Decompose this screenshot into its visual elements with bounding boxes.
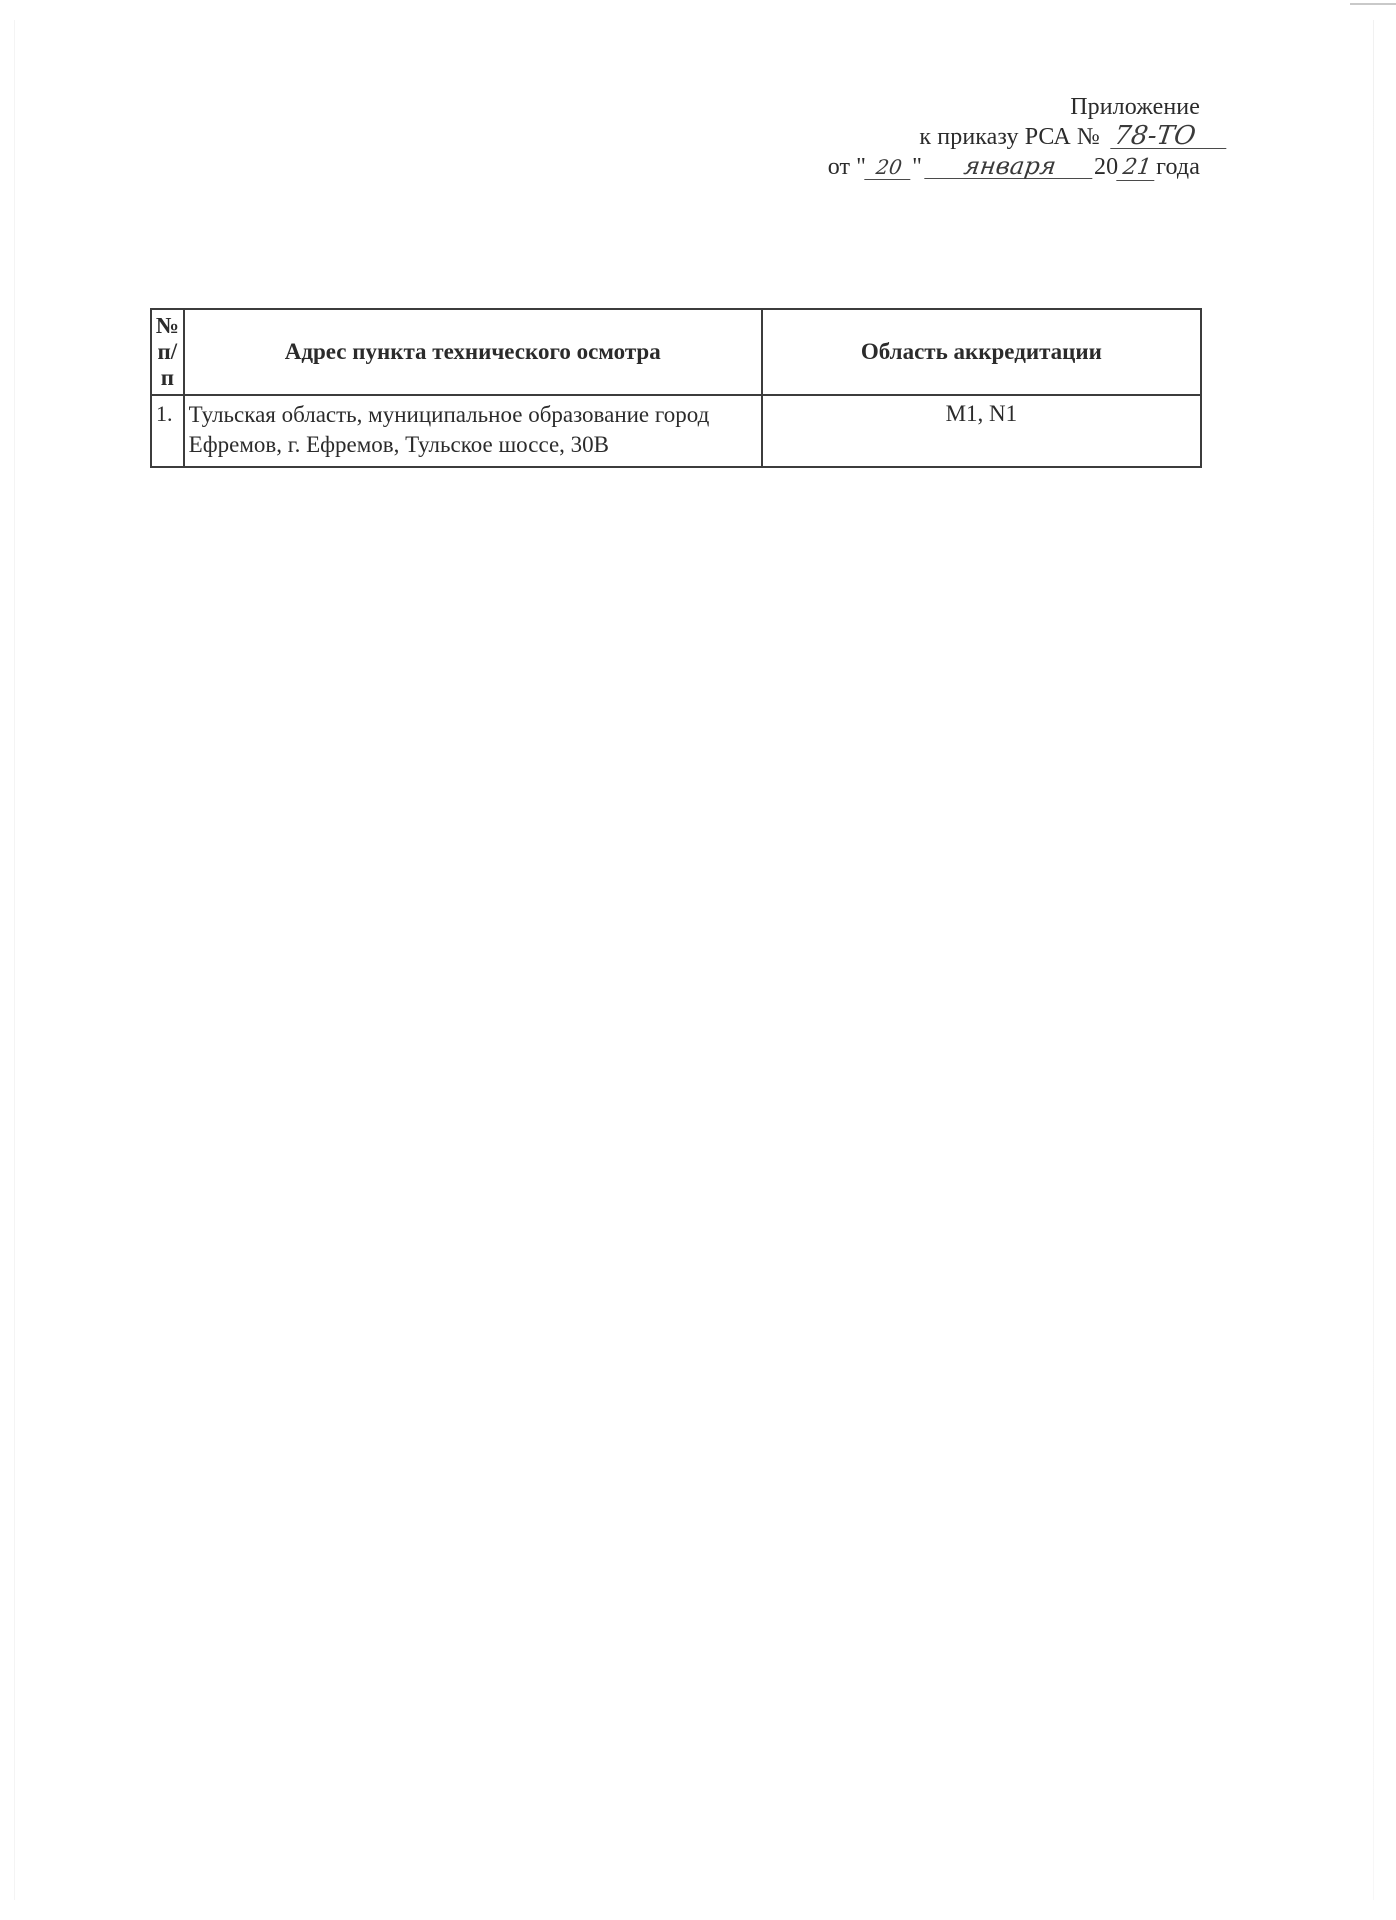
scan-artifact-left xyxy=(14,20,15,1900)
row-accreditation-area: M1, N1 xyxy=(762,395,1201,467)
column-header-address: Адрес пункта технического осмотра xyxy=(184,309,762,395)
table-header-row: № п/п Адрес пункта технического осмотра … xyxy=(151,309,1201,395)
appendix-header: Приложение к приказу РСА № 78-ТО от "20"… xyxy=(828,92,1200,182)
order-prefix: к приказу РСА № xyxy=(919,124,1099,150)
scan-artifact-right xyxy=(1373,20,1374,1900)
scan-artifact-top xyxy=(1350,3,1396,5)
date-prefix: от " xyxy=(828,154,866,180)
column-header-number-line2: п/п xyxy=(152,339,183,391)
date-year-prefix: 20 xyxy=(1094,154,1118,180)
date-suffix: года xyxy=(1156,154,1200,180)
order-reference: к приказу РСА № 78-ТО xyxy=(828,122,1200,152)
column-header-accreditation-area: Область аккредитации xyxy=(762,309,1201,395)
table-row: 1. Тульская область, муниципальное образ… xyxy=(151,395,1201,467)
date-quote-close: " xyxy=(912,154,922,180)
column-header-number: № п/п xyxy=(151,309,184,395)
row-address: Тульская область, муниципальное образова… xyxy=(184,395,762,467)
appendix-label: Приложение xyxy=(828,92,1200,122)
date-year-handwritten: 21 xyxy=(1116,156,1158,181)
accreditation-table: № п/п Адрес пункта технического осмотра … xyxy=(150,308,1202,468)
column-header-number-line1: № xyxy=(152,313,183,339)
order-number-handwritten: 78-ТО xyxy=(1110,124,1230,149)
row-number: 1. xyxy=(151,395,184,467)
date-month-handwritten: января xyxy=(924,154,1096,179)
date-day-handwritten: 20 xyxy=(864,155,914,180)
order-date: от "20"января2021года xyxy=(828,152,1200,182)
